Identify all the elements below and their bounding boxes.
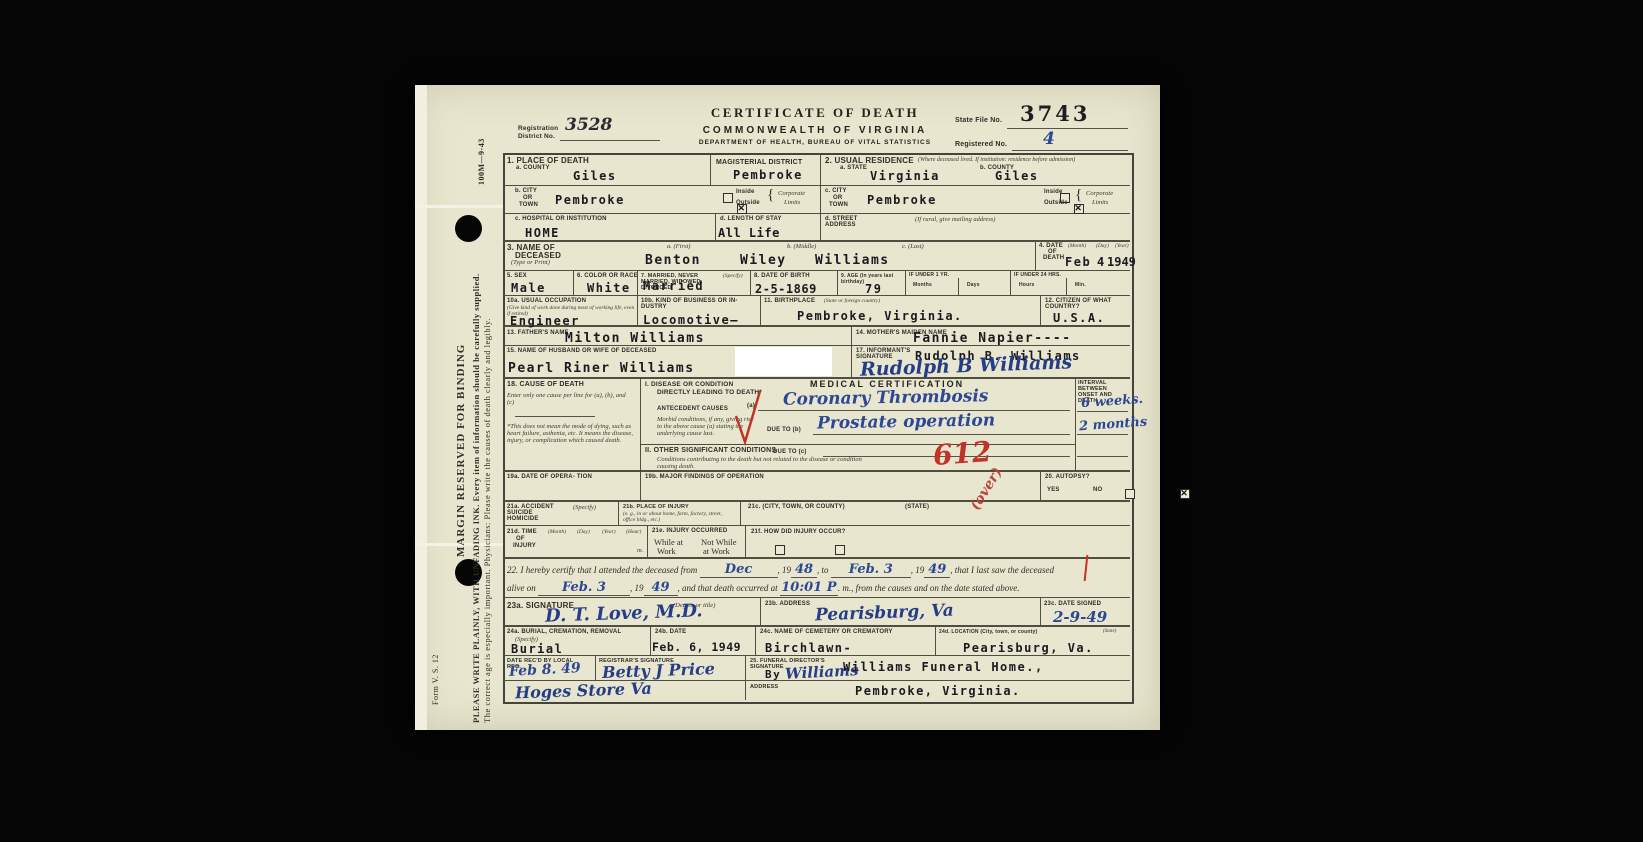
write-line [813, 433, 1070, 435]
write-line [1007, 127, 1128, 129]
field2-title: 2. USUAL RESIDENCE [825, 156, 914, 165]
time-of-injury-label: 21d. TIME [507, 529, 537, 535]
registration-district-label2: District No. [518, 133, 555, 140]
certify-text-5: . m., from the causes and on the date st… [838, 583, 1020, 593]
dob-label: 8. DATE OF BIRTH [754, 273, 810, 279]
certify-statement: 22. I hereby certify that I attended the… [507, 561, 1125, 597]
autopsy-label: 20. AUTOPSY? [1045, 474, 1090, 480]
funeral-home-typed: Williams Funeral Home., [843, 660, 1044, 674]
occupation-label: 10a. USUAL OCCUPATION [507, 298, 586, 304]
rule-line [1040, 470, 1041, 500]
field1c-hospital-label: c. HOSPITAL OR INSTITUTION [515, 216, 607, 222]
rule-line [760, 295, 761, 325]
rule-line [503, 525, 1130, 526]
marital-value: Married [643, 279, 704, 293]
rule-line [503, 655, 1130, 656]
field1d-length-value: All Life [718, 226, 780, 240]
death-year-label: (Year) [1115, 243, 1129, 249]
rule-line [1075, 377, 1076, 470]
field1-inside-label: Inside [736, 189, 755, 195]
field2a-state-label: a. STATE [840, 165, 867, 171]
cemetery-label: 24c. NAME OF CEMETERY OR CREMATORY [760, 629, 893, 635]
paper-edge-strip [415, 85, 427, 730]
death-month-value: Feb [1065, 255, 1091, 269]
citizen-value: U.S.A. [1053, 311, 1105, 325]
rule-line [647, 525, 648, 557]
field1-limits-label: Limits [784, 199, 800, 206]
major-findings-label: 19b. MAJOR FINDINGS OF OPERATION [645, 474, 764, 480]
spouse-value: Pearl Riner Williams [508, 361, 695, 376]
magisterial-district-label: MAGISTERIAL DISTRICT [716, 159, 802, 166]
injury-month-label: (Month) [548, 529, 566, 535]
first-name-value: Benton [645, 253, 701, 268]
field1c-hospital-value: HOME [525, 226, 560, 240]
field1a-county-value: Giles [573, 169, 617, 183]
registrar-signature-value: Betty J Price [602, 659, 716, 682]
rule-line [1035, 240, 1036, 270]
brace-glyph: { [767, 187, 774, 204]
state-file-label: State File No. [955, 117, 1002, 124]
rule-line [1010, 270, 1011, 295]
field1b-city-label-town: TOWN [519, 202, 538, 208]
state-file-value: 3743 [1020, 101, 1090, 126]
rule-line [837, 270, 838, 295]
color-race-label: 6. COLOR OR RACE [577, 273, 638, 279]
field2-limits-label: Limits [1092, 199, 1108, 206]
field1b-city-label: b. CITY [515, 188, 537, 194]
certify-from-value: Dec [700, 562, 778, 578]
registered-no-label: Registered No. [955, 141, 1007, 148]
field2a-state-value: Virginia [870, 169, 940, 183]
rule-line [650, 625, 651, 655]
rule-line [595, 655, 596, 680]
write-line [758, 409, 1070, 411]
autopsy-yes-label: YES [1047, 487, 1060, 493]
funeral-by-label: By [765, 668, 781, 681]
rule-line [740, 500, 741, 525]
dob-value: 2-5-1869 [755, 282, 817, 296]
certify-to-value: Feb. 3 [831, 562, 911, 578]
certify-text-3: alive on [507, 583, 536, 593]
last-name-label: c. (Last) [902, 243, 924, 250]
certify-y2-pre: , 19 [911, 565, 925, 575]
business-value: Locomotive— [643, 313, 739, 327]
rule-line [640, 377, 641, 500]
certify-y1-pre: , 19 [778, 565, 792, 575]
rule-line [715, 213, 716, 240]
certify-y3-value: 49 [644, 580, 678, 596]
first-name-label: a. (First) [667, 243, 690, 250]
rule-line [1066, 278, 1067, 295]
not-while-at-work-checkbox [835, 545, 845, 555]
field4-title3: DEATH [1043, 255, 1064, 261]
rule-line [755, 625, 756, 655]
field1-corporate-label: Corporate [778, 190, 805, 197]
field2-outside-label: Outside [1044, 200, 1068, 206]
injury-hour-label: (Hour) [626, 529, 641, 535]
funeral-address-label: ADDRESS [750, 684, 778, 690]
field2d-street-label: d. STREET ADDRESS [825, 216, 873, 228]
burial-date-label: 24b. DATE [655, 629, 686, 635]
rule-line [503, 185, 1130, 186]
under-1yr-months-label: Months [913, 282, 932, 288]
rule-line [503, 557, 1130, 559]
sex-value: Male [511, 281, 546, 295]
other-conditions-note: Conditions contributing to the death but… [657, 456, 867, 470]
cause-a-value: Coronary Thrombosis [783, 386, 989, 410]
business-label: 10b. KIND OF BUSINESS OR IN- DUSTRY [641, 298, 746, 310]
how-injury-occur-label: 21f. HOW DID INJURY OCCUR? [751, 529, 846, 535]
physician-address-label: 23b. ADDRESS [765, 601, 810, 607]
rule-line [745, 525, 746, 557]
scanned-death-certificate: 100M—9-43 MARGIN RESERVED FOR BINDING PL… [0, 0, 1643, 842]
burial-value: Burial [511, 642, 563, 656]
disease-label: I. DISEASE OR CONDITION [645, 381, 733, 388]
code-612-annotation: 612 [932, 435, 993, 472]
field2-corporate-label: Corporate [1086, 190, 1113, 197]
rule-line [905, 270, 906, 295]
injury-city-label: 21c. (CITY, TOWN, OR COUNTY) [748, 504, 845, 510]
field2c-city-value: Pembroke [867, 193, 937, 207]
rule-line [1040, 597, 1041, 625]
registration-district-value: 3528 [565, 115, 612, 135]
cause-note-1: Enter only one cause per line for (a), (… [507, 392, 627, 406]
date-signed-value: 2-9-49 [1053, 608, 1107, 626]
interval-a-value: 6 weeks. [1081, 392, 1144, 411]
cemetery-location-label: 24d. LOCATION (City, town, or county) [939, 629, 1037, 635]
registered-no-value: 4 [1043, 129, 1055, 149]
injury-state-label: (STATE) [905, 504, 929, 510]
rule-line [640, 444, 1075, 445]
age-value: 79 [865, 282, 882, 296]
cemetery-location-value: Pearisburg, Va. [963, 641, 1094, 655]
time-of-injury-of: OF [516, 536, 525, 542]
under-1yr-days-label: Days [967, 282, 980, 288]
color-race-value: White [587, 281, 631, 295]
under-24hr-label: IF UNDER 24 HRS. [1014, 272, 1061, 278]
rule-line [760, 597, 761, 625]
cemetery-value: Birchlawn- [765, 641, 852, 655]
field1d-length-label: d. LENGTH OF STAY [720, 216, 790, 222]
margin-note-1: PLEASE WRITE PLAINLY, WITH UNFADING INK.… [471, 133, 481, 723]
commonwealth-subtitle: COMMONWEALTH OF VIRGINIA [650, 125, 980, 136]
certify-y2-value: 49 [924, 562, 950, 578]
under-1yr-label: IF UNDER 1 YR. [909, 272, 949, 278]
redaction-box [735, 347, 832, 376]
field2c-city-label-or: OR [833, 195, 842, 201]
accident-specify-paren: (Specify) [573, 504, 596, 511]
last-name-value: Williams [815, 253, 890, 268]
field2-outside-checkbox [1074, 204, 1084, 214]
due-to-b-label: DUE TO (b) [767, 427, 801, 433]
birthplace-value: Pembroke, Virginia. [797, 309, 963, 323]
rule-line [503, 500, 1130, 502]
certify-y1-value: 48 [791, 562, 817, 578]
rule-line [503, 597, 1130, 598]
death-year-value: 1949 [1107, 255, 1136, 269]
rule-line [935, 625, 936, 655]
not-while-at-work-label: at Work [703, 546, 730, 556]
certificate-title-block: CERTIFICATE OF DEATH COMMONWEALTH OF VIR… [650, 105, 980, 146]
autopsy-no-checkbox [1180, 489, 1190, 499]
death-day-label: (Day) [1096, 243, 1109, 249]
death-month-label: (Month) [1068, 243, 1086, 249]
write-line [1077, 433, 1128, 435]
rule-line [958, 278, 959, 295]
death-day-value: 4 [1097, 255, 1106, 269]
middle-name-value: Wiley [740, 253, 787, 268]
under-24hr-hours-label: Hours [1019, 282, 1034, 288]
certify-text-1: 22. I hereby certify that I attended the… [507, 565, 697, 575]
certificate-paper: 100M—9-43 MARGIN RESERVED FOR BINDING PL… [415, 85, 1160, 730]
birthplace-label: 11. BIRTHPLACE [764, 298, 815, 304]
while-at-work-checkbox [775, 545, 785, 555]
cause-of-death-title: 18. CAUSE OF DEATH [507, 381, 584, 388]
write-line [515, 415, 595, 417]
field3-title-paren: (Type or Print) [511, 259, 550, 266]
injury-occurred-label: 21e. INJURY OCCURRED [652, 528, 727, 534]
field2c-city-label-town: TOWN [829, 202, 848, 208]
autopsy-no-label: NO [1093, 487, 1102, 493]
margin-binding-notice: MARGIN RESERVED FOR BINDING [455, 217, 467, 557]
rule-line [710, 153, 711, 185]
certificate-title: CERTIFICATE OF DEATH [650, 105, 980, 121]
write-line [1077, 455, 1128, 457]
cemetery-location-state: (State) [1103, 629, 1116, 634]
under-24hr-min-label: Min. [1075, 282, 1086, 288]
due-to-c-label: DUE TO (c) [773, 449, 807, 455]
injury-m-label: m. [637, 547, 643, 554]
cause-note-2: *This does not mean the mode of dying, s… [507, 423, 633, 444]
other-conditions-title: II. OTHER SIGNIFICANT CONDITIONS [645, 447, 776, 454]
certify-text-2: , that I last saw the deceased [950, 565, 1054, 575]
occupation-value: Engineer [510, 314, 580, 328]
spouse-label: 15. NAME OF HUSBAND OR WIFE OF DECEASED [507, 348, 656, 354]
field1a-county-label: a. COUNTY [516, 165, 550, 171]
rule-line [1040, 295, 1041, 325]
field1b-city-value: Pembroke [555, 193, 625, 207]
write-line [1012, 149, 1128, 151]
mother-name-value: Fannie Napier---- [913, 331, 1072, 346]
rule-line [573, 270, 574, 295]
magisterial-district-value: Pembroke [733, 168, 803, 182]
registration-district-label: Registration [518, 125, 558, 132]
date-of-operation-label: 19a. DATE OF OPERA- TION [507, 474, 597, 480]
father-name-value: Milton Williams [565, 331, 705, 346]
rule-line [745, 655, 746, 700]
field2c-city-label: c. CITY [825, 188, 847, 194]
field2-title-paren: (Where deceased lived. If institution: r… [918, 157, 1075, 163]
rule-line [503, 213, 1130, 214]
middle-name-label: b. (Middle) [787, 243, 816, 250]
while-at-work-label: Work [657, 546, 676, 556]
rule-line [618, 500, 619, 525]
rule-line [851, 325, 852, 377]
burial-label: 24a. BURIAL, CREMATION, REMOVAL [507, 629, 621, 635]
write-line [560, 139, 660, 141]
place-of-injury-label: 21b. PLACE OF INJURY [623, 504, 689, 510]
field1-inside-checkbox [723, 193, 733, 203]
rule-line [820, 153, 821, 240]
rule-line [503, 325, 1130, 327]
write-line [1077, 410, 1128, 412]
citizen-label: 12. CITIZEN OF WHAT COUNTRY? [1045, 298, 1125, 310]
field2b-county-value: Giles [995, 169, 1039, 183]
rule-line [750, 270, 751, 295]
due-to-b-value: Prostate operation [817, 410, 995, 433]
injury-year-label: (Year) [602, 529, 616, 535]
funeral-address-value: Pembroke, Virginia. [855, 684, 1021, 698]
autopsy-yes-checkbox [1125, 489, 1135, 499]
certify-alive-value: Feb. 3 [538, 580, 630, 596]
red-checkmark [733, 388, 763, 446]
certify-text-4: , and that death occurred at [678, 583, 778, 593]
field2d-street-paren: (If rural, give mailing address) [915, 216, 995, 223]
field2-inside-label: Inside [1044, 189, 1063, 195]
marital-specify-label: (Specify) [723, 273, 743, 279]
birthplace-paren: (State or foreign country) [824, 298, 880, 304]
antecedent-causes-label: ANTECEDENT CAUSES [657, 406, 728, 412]
date-signed-label: 23c. DATE SIGNED [1044, 601, 1101, 607]
certify-to-word: , to [817, 565, 829, 575]
father-name-label: 13. FATHER'S NAME [507, 330, 569, 336]
time-of-injury-injury: INJURY [513, 543, 536, 549]
place-of-injury-paren: (e. g., in or about home, farm, factory,… [623, 511, 735, 523]
margin-note-2: The correct age is especially important.… [482, 133, 492, 723]
certify-y3-pre: , 19 [630, 583, 644, 593]
margin-form-code: Form V. S. 12 [431, 625, 440, 705]
certify-time-value: 10:01 P [780, 580, 838, 596]
sex-label: 5. SEX [507, 273, 527, 279]
injury-day-label: (Day) [577, 529, 590, 535]
brace-glyph: { [1075, 187, 1082, 204]
field1b-city-label-or: OR [523, 195, 532, 201]
accident-suicide-label: 21a. ACCIDENT SUICIDE HOMICIDE [507, 504, 562, 522]
field1-title: 1. PLACE OF DEATH [507, 156, 589, 165]
burial-date-value: Feb. 6, 1949 [652, 640, 741, 654]
field1-outside-label: Outside [736, 200, 760, 206]
rule-line [503, 470, 1130, 472]
rule-line [503, 270, 1130, 271]
department-subtitle: DEPARTMENT OF HEALTH, BUREAU OF VITAL ST… [650, 139, 980, 146]
